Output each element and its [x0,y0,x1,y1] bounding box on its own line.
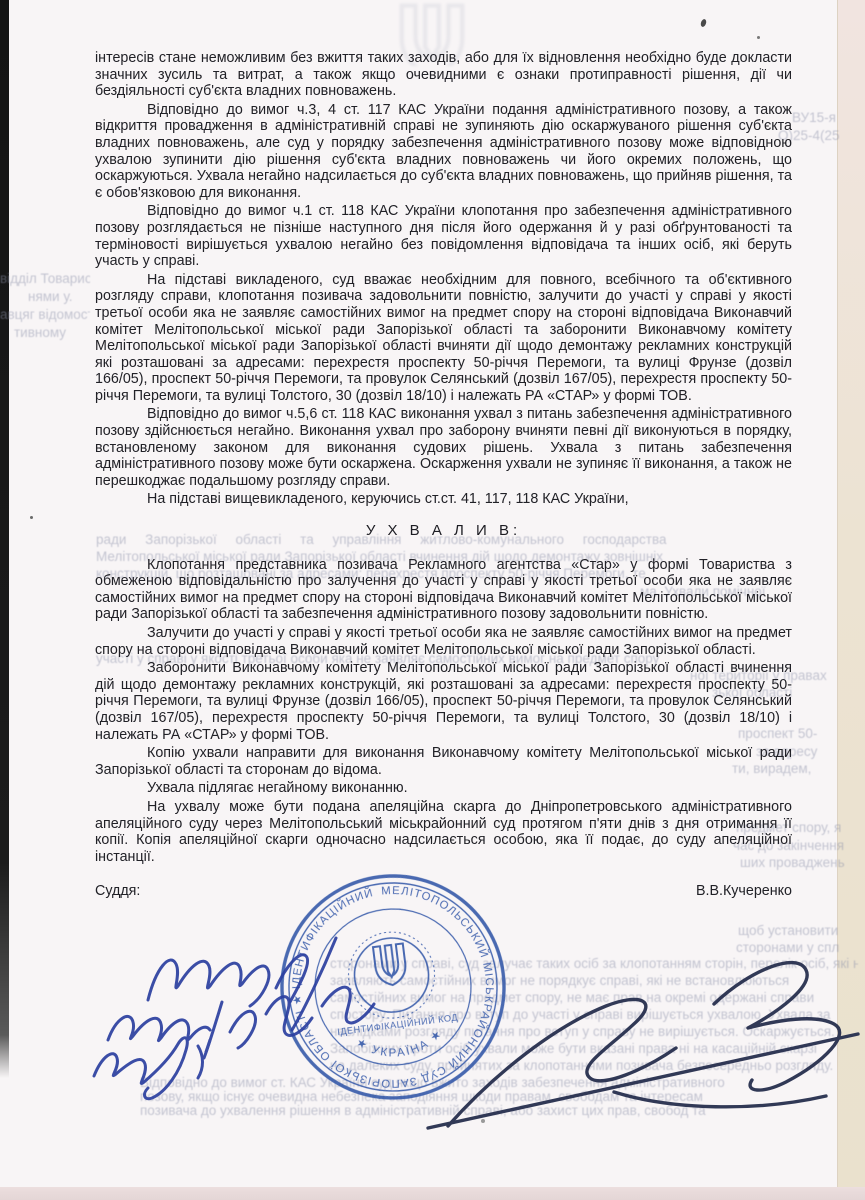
scan-speck [30,516,33,519]
large-signature-stroke-2 [714,963,840,1090]
large-signature-stroke-1 [448,999,676,1126]
signatures-layer [0,0,865,1200]
large-signature-stroke-4 [614,1092,826,1107]
scanned-court-ruling-page: { "document": { "paragraphs_pre": [ {"te… [0,0,865,1200]
scan-speck [757,36,760,39]
judge-signature-stroke-3 [94,1038,210,1099]
scan-speck [481,1119,485,1123]
